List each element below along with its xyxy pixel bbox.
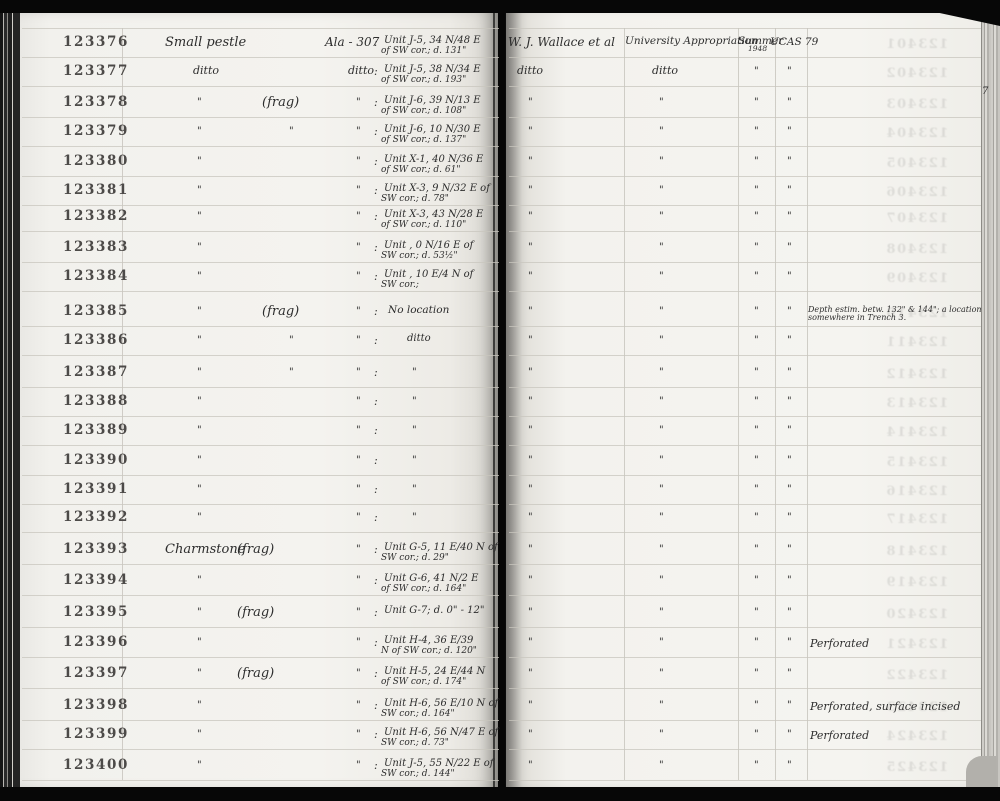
ghost-number: 123417 [885,513,948,526]
catalog-number: 123389 [63,424,129,438]
ghost-number: 123419 [885,576,948,589]
site-ditto-mark: " [356,272,361,282]
separator-colon: : [374,97,378,108]
site-ditto-mark: " [356,513,361,523]
site-ditto-mark: " [356,669,361,679]
separator-colon: : [374,425,378,436]
series-ditto-mark: " [787,307,792,317]
catalog-number: 123393 [63,543,129,557]
ledger-line-right [509,780,981,781]
location-line1: Unit , 0 N/16 E of [384,241,473,251]
location-line1: Unit , 10 E/4 N of [384,270,473,280]
ledger-line-left [22,416,499,417]
scanned-ledger-spread: 123376Small pestleAla - 307:Unit J-5, 34… [0,0,1000,801]
site-ditto-mark: " [356,456,361,466]
ledger-line-right [509,326,981,327]
description-ditto-mark: " [197,212,202,222]
ledger-line-right [509,688,981,689]
location-line1: Unit X-3, 43 N/28 E [384,210,483,220]
season-ditto-mark: " [754,761,759,771]
separator-colon: : [374,66,378,77]
ghost-number: 123415 [885,456,948,469]
season-ditto-mark: " [754,67,759,77]
collector-ditto-mark: " [528,513,533,523]
season-ditto-mark: " [754,669,759,679]
separator-colon: : [374,242,378,253]
separator-colon: : [374,484,378,495]
collector-ditto-mark: " [528,576,533,586]
separator-colon: : [374,396,378,407]
location-ditto: ditto [407,334,431,344]
ghost-number: 123418 [885,545,948,558]
location-line2: of SW cor.; d. 193" [381,76,466,85]
frag-ditto-mark: " [289,336,294,346]
site-ditto-mark: " [356,426,361,436]
description-ditto-mark: " [197,730,202,740]
series-ditto-mark: " [787,761,792,771]
catalog-number: 123397 [63,667,129,681]
description-ditto-mark: " [197,701,202,711]
location-line2: SW cor.; d. 144" [381,770,455,779]
location-ditto-mark: " [412,513,417,523]
location-line2: of SW cor.; d. 108" [381,107,466,116]
catalog-number: 123392 [63,511,129,525]
description-ditto-mark: " [197,336,202,346]
location-line1: Unit J-5, 34 N/48 E [384,36,481,46]
ledger-line-left [22,231,499,232]
right-page-column-rule-2 [738,28,739,780]
ghost-number: 123403 [885,98,948,111]
series-ditto-mark: " [787,186,792,196]
frag-note: (frag) [262,305,299,318]
separator-colon: : [374,335,378,346]
site-designation: Ala - 307 [325,36,379,48]
ledger-line-left [22,205,499,206]
season-ditto-mark: " [754,186,759,196]
ghost-number: 123401 [885,38,948,51]
ledger-line-right [509,720,981,721]
site-ditto-mark: " [356,545,361,555]
ledger-line-left [22,117,499,118]
season-ditto-mark: " [754,545,759,555]
season-ditto-mark: " [754,638,759,648]
description: Charmstone [165,543,245,556]
ledger-line-right [509,416,981,417]
ghost-number: 123416 [885,485,948,498]
season-ditto-mark: " [754,157,759,167]
season-ditto-mark: " [754,212,759,222]
frag-note: (frag) [237,667,274,680]
series-ditto-mark: " [787,368,792,378]
funding-ditto-mark: " [659,186,664,196]
right-page-column-rule-4 [807,28,808,780]
remark: Perforated [810,638,869,649]
ledger-line-right [509,532,981,533]
ledger-line-left [22,445,499,446]
funding-ditto-mark: " [659,336,664,346]
location-line2: SW cor.; d. 29" [381,554,449,563]
series-ditto-mark: " [787,608,792,618]
ghost-number: 123404 [885,127,948,140]
separator-colon: : [374,271,378,282]
location-line2: of SW cor.; d. 174" [381,678,466,687]
location-line2: N of SW cor.; d. 120" [381,647,477,656]
collector-ditto-mark: " [528,186,533,196]
series-ditto-mark: " [787,701,792,711]
season-ditto-mark: " [754,336,759,346]
catalog-number: 123386 [63,334,129,348]
separator-colon: : [374,575,378,586]
location-line1: Unit H-5, 24 E/44 N [384,667,485,677]
collector-ditto-mark: " [528,485,533,495]
series-ditto-mark: " [787,456,792,466]
season-ditto-mark: " [754,456,759,466]
location-line1: Unit J-5, 38 N/34 E [384,65,481,75]
scan-background-top [0,0,1000,13]
funding-ditto-mark: " [659,669,664,679]
ledger-line-right [509,475,981,476]
site-ditto-mark: " [356,307,361,317]
funding-ditto-mark: " [659,307,664,317]
season-ditto-mark: " [754,98,759,108]
site-ditto-mark: " [356,730,361,740]
collector-ditto: ditto [517,65,543,76]
frag-note: (frag) [262,96,299,109]
ledger-line-left [22,146,499,147]
description-ditto-mark: " [197,368,202,378]
ledger-line-right [509,117,981,118]
season-ditto-mark: " [754,513,759,523]
location-line1: Unit J-6, 39 N/13 E [384,96,481,106]
frag-note: (frag) [237,543,274,556]
ledger-line-right [509,564,981,565]
location-line2: of SW cor.; d. 137" [381,136,466,145]
ledger-line-left [22,564,499,565]
description-ditto-mark: " [197,485,202,495]
description-ditto-mark: " [197,272,202,282]
funding-ditto-mark: " [659,513,664,523]
separator-colon: : [374,126,378,137]
ghost-number: 123423 [885,701,948,714]
site-ditto-mark: " [356,98,361,108]
catalog-number: 123382 [63,210,129,224]
collector-ditto-mark: " [528,669,533,679]
ledger-line-right [509,28,981,29]
season-ditto-mark: " [754,485,759,495]
ghost-number: 123407 [885,212,948,225]
series-ditto-mark: " [787,243,792,253]
right-page-column-rule-1 [624,28,625,780]
series-ditto-mark: " [787,638,792,648]
series-ditto-mark: " [787,576,792,586]
catalog-number: 123380 [63,155,129,169]
ghost-number: 123424 [885,730,948,743]
location-line1: No location [388,305,449,316]
description-ditto-mark: " [197,397,202,407]
collector-ditto-mark: " [528,730,533,740]
collector-ditto-mark: " [528,212,533,222]
right-page-column-rule-3 [775,28,776,780]
season-ditto-mark: " [754,701,759,711]
ledger-line-left [22,28,499,29]
catalog-number: 123399 [63,728,129,742]
description-ditto-mark: " [197,186,202,196]
ledger-line-left [22,176,499,177]
separator-colon: : [374,700,378,711]
ledger-line-right [509,749,981,750]
catalog-number: 123400 [63,759,129,773]
ghost-number: 123411 [885,336,948,349]
scan-background-bottom [0,787,1000,801]
season-year: 1948 [748,45,767,53]
collector-ditto-mark: " [528,545,533,555]
description-ditto-mark: " [197,98,202,108]
site-ditto-mark: " [356,761,361,771]
funding-ditto-mark: " [659,98,664,108]
location-ditto-mark: " [412,456,417,466]
catalog-number: 123394 [63,574,129,588]
collector-ditto-mark: " [528,608,533,618]
location-ditto-mark: " [412,368,417,378]
ledger-line-right [509,595,981,596]
ledger-line-left [22,387,499,388]
ledger-line-right [509,657,981,658]
series-ditto-mark: " [787,426,792,436]
frag-ditto-mark: " [289,127,294,137]
separator-colon: : [374,637,378,648]
funding-ditto-mark: " [659,243,664,253]
site-ditto-mark: " [356,608,361,618]
collector-ditto-mark: " [528,272,533,282]
series-code: UCAS 79 [770,37,818,48]
separator-colon: : [374,306,378,317]
season-ditto-mark: " [754,426,759,436]
catalog-number: 123387 [63,366,129,380]
location-line1: Unit J-5, 55 N/22 E of [384,759,494,769]
collector-ditto-mark: " [528,701,533,711]
description-ditto-mark: " [197,243,202,253]
site-ditto-mark: " [356,127,361,137]
description-ditto-mark: " [197,761,202,771]
collector-ditto-mark: " [528,98,533,108]
location-line1: Unit J-6, 10 N/30 E [384,125,481,135]
ledger-line-left [22,504,499,505]
ledger-line-right [509,86,981,87]
site-ditto-mark: " [356,336,361,346]
ghost-number: 123402 [885,67,948,80]
book-gutter [498,8,505,790]
funding-ditto-mark: " [659,127,664,137]
catalog-number: 123377 [63,65,129,79]
location-line1: Unit X-3, 9 N/32 E of [384,184,490,194]
site-ditto-mark: " [356,368,361,378]
series-ditto-mark: " [787,272,792,282]
margin-page-number: 7 [982,86,988,97]
collector-ditto-mark: " [528,127,533,137]
separator-colon: : [374,211,378,222]
bottom-right-page-corner [966,756,996,788]
location-line2: SW cor.; d. 73" [381,739,449,748]
site-ditto-mark: " [356,701,361,711]
ledger-line-right [509,146,981,147]
separator-colon: : [374,760,378,771]
location-line2: of SW cor.; d. 61" [381,166,461,175]
season-ditto-mark: " [754,307,759,317]
ledger-line-right [509,291,981,292]
catalog-number: 123396 [63,636,129,650]
ledger-line-right [509,387,981,388]
site-ditto-mark: " [356,638,361,648]
funding-ditto-mark: " [659,485,664,495]
catalog-number: 123391 [63,483,129,497]
collector-ditto-mark: " [528,761,533,771]
catalog-number: 123385 [63,305,129,319]
ledger-line-left [22,749,499,750]
funding-ditto-mark: " [659,545,664,555]
ghost-number: 123422 [885,669,948,682]
ledger-line-left [22,326,499,327]
catalog-number: 123388 [63,395,129,409]
location-line2: SW cor.; [381,281,419,290]
location-ditto-mark: " [412,426,417,436]
book-gutter-shadow [493,8,495,790]
separator-colon: : [374,729,378,740]
ghost-number: 123405 [885,157,948,170]
location-ditto-mark: " [412,397,417,407]
ghost-number: 123413 [885,397,948,410]
location-line1: Unit H-4, 36 E/39 [384,636,473,646]
location-line1: Unit H-6, 56 N/47 E of [384,728,498,738]
description-ditto-mark: " [197,669,202,679]
location-line2: of SW cor.; d. 131" [381,47,466,56]
ledger-line-left [22,720,499,721]
ledger-line-left [22,57,499,58]
ghost-number: 123425 [885,761,948,774]
funding-ditto-mark: " [659,157,664,167]
ledger-line-left [22,532,499,533]
funding-ditto-mark: " [659,397,664,407]
collector-ditto-mark: " [528,397,533,407]
collector-ditto-mark: " [528,243,533,253]
description: Small pestle [165,36,246,49]
ledger-line-left [22,657,499,658]
location-line1: Unit G-6, 41 N/2 E [384,574,478,584]
location-line1: Unit H-6, 56 E/10 N of [384,699,498,709]
funding-ditto: ditto [652,65,678,76]
separator-colon: : [374,544,378,555]
description-ditto-mark: " [197,127,202,137]
location-line2: SW cor.; d. 53½" [381,252,458,261]
catalog-number: 123381 [63,184,129,198]
ledger-line-left [22,780,499,781]
series-ditto-mark: " [787,67,792,77]
location-line2: of SW cor.; d. 164" [381,585,466,594]
separator-colon: : [374,668,378,679]
collector-ditto-mark: " [528,368,533,378]
collector-ditto-mark: " [528,307,533,317]
frag-note: (frag) [237,606,274,619]
site-ditto-mark: " [356,397,361,407]
catalog-number: 123384 [63,270,129,284]
site-ditto-mark: " [356,186,361,196]
ledger-line-right [509,231,981,232]
ledger-line-right [509,504,981,505]
series-ditto-mark: " [787,98,792,108]
funding-ditto-mark: " [659,638,664,648]
ledger-line-right [509,205,981,206]
collector-ditto-mark: " [528,157,533,167]
catalog-number: 123378 [63,96,129,110]
series-ditto-mark: " [787,545,792,555]
series-ditto-mark: " [787,127,792,137]
description-ditto-mark: " [197,513,202,523]
site-ditto-mark: " [356,212,361,222]
ghost-number: 123412 [885,368,948,381]
season-ditto-mark: " [754,243,759,253]
funding-ditto-mark: " [659,272,664,282]
site-ditto-mark: " [356,243,361,253]
ledger-line-left [22,475,499,476]
separator-colon: : [374,37,378,48]
catalog-number: 123383 [63,241,129,255]
series-ditto-mark: " [787,513,792,523]
ledger-line-left [22,688,499,689]
series-ditto-mark: " [787,397,792,407]
funding-ditto-mark: " [659,761,664,771]
series-ditto-mark: " [787,157,792,167]
season-ditto-mark: " [754,397,759,407]
location-line2: SW cor.; d. 78" [381,195,449,204]
remark: Perforated [810,730,869,741]
ghost-number: 123414 [885,426,948,439]
ledger-line-right [509,627,981,628]
description-ditto-mark: " [197,638,202,648]
collector-ditto-mark: " [528,426,533,436]
description-ditto: ditto [193,65,219,76]
funding-ditto-mark: " [659,426,664,436]
collector-ditto-mark: " [528,336,533,346]
ledger-line-right [509,262,981,263]
ledger-line-left [22,291,499,292]
ledger-line-right [509,57,981,58]
description-ditto-mark: " [197,456,202,466]
location-line2: SW cor.; d. 164" [381,710,455,719]
season-ditto-mark: " [754,368,759,378]
separator-colon: : [374,156,378,167]
funding-ditto-mark: " [659,730,664,740]
book-left-page-stack-edge [0,0,20,801]
location-ditto-mark: " [412,485,417,495]
series-ditto-mark: " [787,669,792,679]
funding-ditto-mark: " [659,368,664,378]
catalog-number: 123390 [63,454,129,468]
separator-colon: : [374,607,378,618]
right-page-fore-edge-line [981,10,982,788]
ledger-line-right [509,176,981,177]
funding-ditto-mark: " [659,608,664,618]
season-ditto-mark: " [754,608,759,618]
season-ditto-mark: " [754,576,759,586]
location-line1: Unit G-5, 11 E/40 N of [384,543,498,553]
catalog-number: 123376 [63,36,129,50]
ledger-line-left [22,262,499,263]
site-ditto: ditto [348,65,374,76]
separator-colon: : [374,455,378,466]
ghost-number: 123421 [885,638,948,651]
description-ditto-mark: " [197,576,202,586]
site-ditto-mark: " [356,157,361,167]
ghost-number: 123409 [885,272,948,285]
